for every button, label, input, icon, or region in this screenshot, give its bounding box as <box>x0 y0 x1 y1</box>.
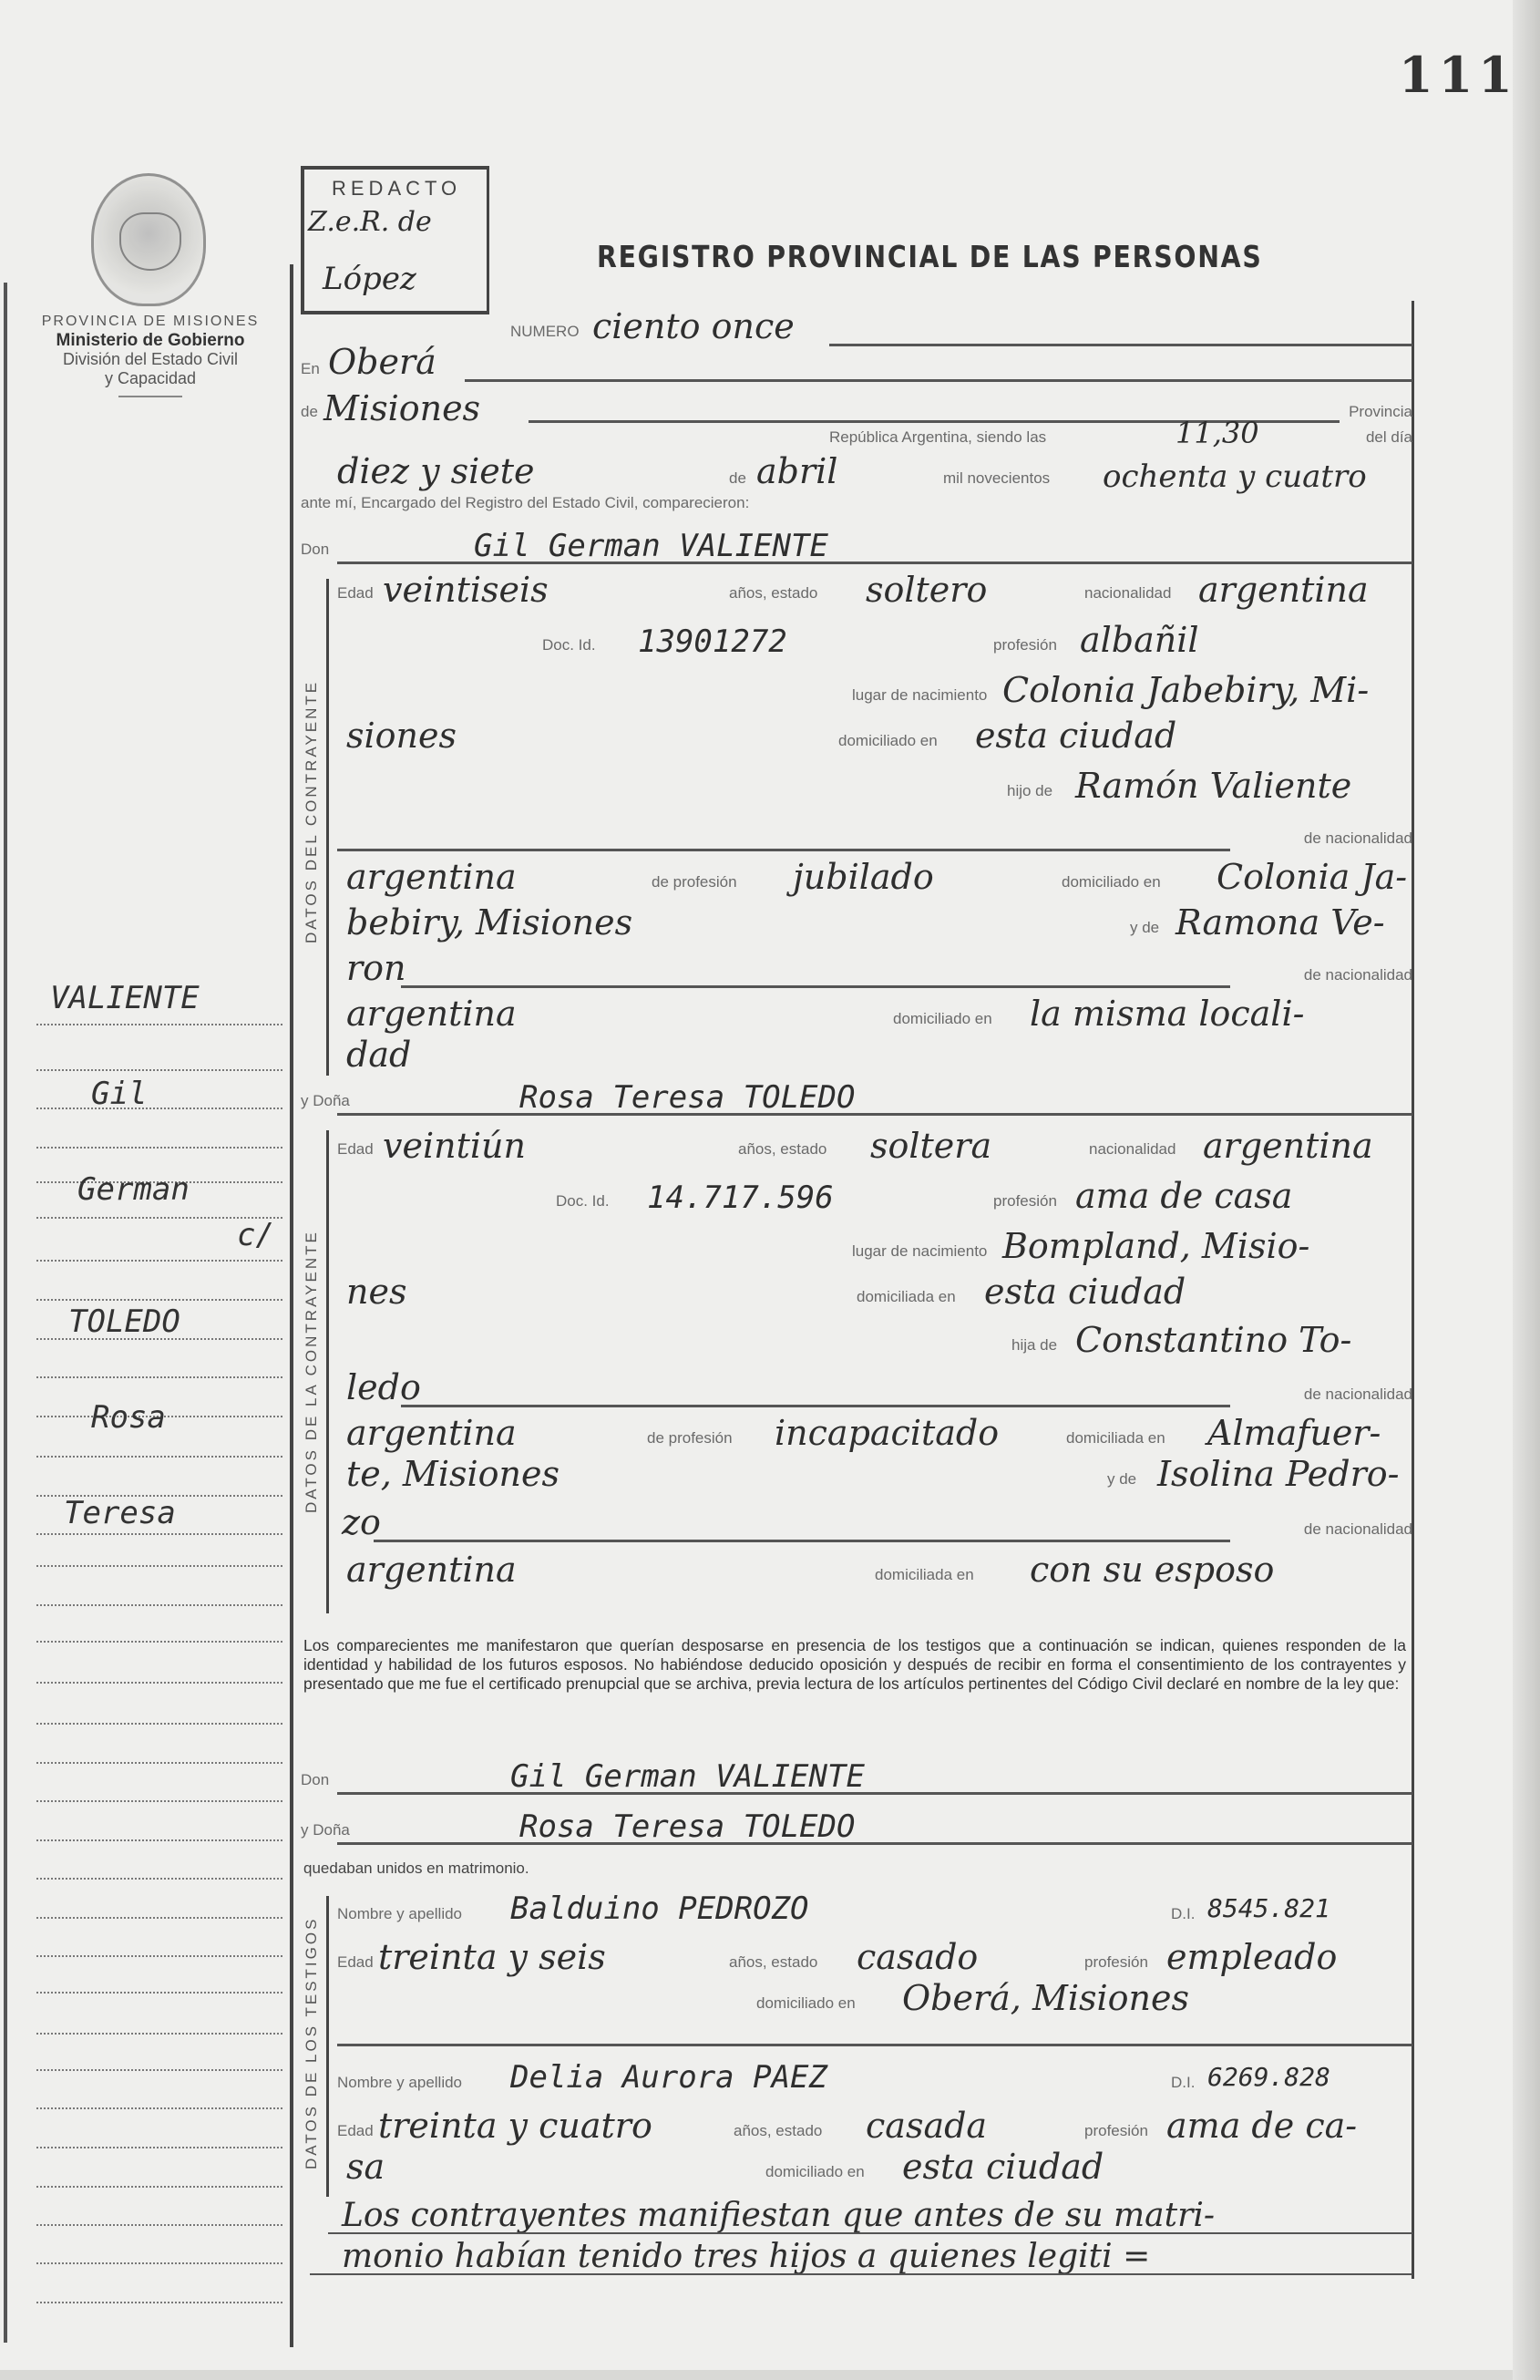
bride-father-prof: incapacitado <box>775 1413 999 1453</box>
witness2-profesion: ama de ca- <box>1166 2106 1357 2146</box>
domicilio-label: domiciliado en <box>838 732 938 750</box>
closing-text: quedaban unidos en matrimonio. <box>303 1860 529 1878</box>
witness2-domicilio: esta ciudad <box>902 2147 1104 2187</box>
province-label: PROVINCIA DE MISIONES <box>14 312 287 331</box>
witness1-domicilio: Oberá, Misiones <box>902 1978 1189 2018</box>
witness2-estado: casada <box>866 2106 987 2146</box>
nacionalidad-label: nacionalidad <box>1089 1140 1176 1159</box>
del-dia-label: del día <box>1366 428 1412 447</box>
de-nacionalidad-label: de nacionalidad <box>1304 829 1412 848</box>
act-number: ciento once <box>592 306 795 346</box>
witness2-profesion-cont: sa <box>346 2147 385 2187</box>
anos-label: años, estado <box>729 584 817 603</box>
bride-father: Constantino To- <box>1075 1320 1351 1360</box>
di-label: D.I. <box>1171 2074 1195 2092</box>
anos-label: años, estado <box>738 1140 826 1159</box>
don-label: Don <box>301 1771 329 1789</box>
margin-border <box>4 283 7 2343</box>
de-nacionalidad-label-2: de nacionalidad <box>1304 966 1412 984</box>
dona-label: y Doña <box>301 1092 350 1110</box>
groom-name: Gil German VALIENTE <box>474 528 828 564</box>
de-nacionalidad-label-2: de nacionalidad <box>1304 1520 1412 1539</box>
y-de-label: y de <box>1130 919 1159 937</box>
groom-doc: 13901272 <box>638 623 787 660</box>
bride-birthplace-cont: nes <box>346 1272 406 1312</box>
doc-label: Doc. Id. <box>542 636 596 654</box>
bride-age: veintiún <box>383 1126 526 1166</box>
domicilio-label: domiciliada en <box>857 1288 956 1306</box>
nombre-label: Nombre y apellido <box>337 1905 462 1923</box>
groom-mother-dom: la misma locali- <box>1030 994 1304 1034</box>
groom-father-dom-cont: bebiry, Misiones <box>346 902 632 943</box>
margin-note: German <box>77 1171 190 1208</box>
redacto-name: López <box>323 261 416 297</box>
redacto-initials: Z.e.R. de <box>308 206 432 238</box>
groom-estado: soltero <box>866 570 987 610</box>
groom-birthplace-cont: siones <box>346 716 457 756</box>
coat-of-arms-icon <box>91 173 206 306</box>
lugar-label: lugar de nacimiento <box>852 1242 987 1261</box>
bride-profesion: ama de casa <box>1075 1176 1292 1216</box>
mother-domicilio-label: domiciliado en <box>893 1010 992 1028</box>
annotation-line-1: Los contrayentes manifiestan que antes d… <box>342 2197 1215 2234</box>
bride-father-dom-cont: te, Misiones <box>346 1454 560 1494</box>
division-label: División del Estado Civil <box>14 350 287 369</box>
profesion-label: profesión <box>993 636 1057 654</box>
ante-label: ante mí, Encargado del Registro del Esta… <box>301 494 749 512</box>
de-profesion-label: de profesión <box>647 1429 733 1448</box>
bride-name: Rosa Teresa TOLEDO <box>519 1079 855 1116</box>
bride-nacionalidad: argentina <box>1203 1126 1373 1166</box>
father-domicilio-label: domiciliado en <box>1062 873 1161 891</box>
republica-label: República Argentina, siendo las <box>829 428 1046 447</box>
hija-label: hija de <box>1011 1336 1057 1355</box>
margin-divider <box>290 264 293 2347</box>
witness2-di: 6269.828 <box>1207 2062 1330 2092</box>
bride-mother-nac: argentina <box>346 1550 517 1590</box>
father-domicilio-label: domiciliada en <box>1066 1429 1165 1448</box>
bride-estado: soltera <box>870 1126 991 1166</box>
groom-profesion: albañil <box>1080 620 1199 660</box>
edad-label: Edad <box>337 2122 374 2140</box>
city: Oberá <box>328 342 436 382</box>
numero-label: NUMERO <box>510 323 580 341</box>
witness1-age: treinta y seis <box>378 1937 606 1977</box>
nacionalidad-label: nacionalidad <box>1084 584 1171 603</box>
profesion-label: profesión <box>1084 1953 1148 1972</box>
doc-label: Doc. Id. <box>556 1192 610 1211</box>
document-title: REGISTRO PROVINCIAL DE LAS PERSONAS <box>597 239 1263 274</box>
margin-note: Gil <box>91 1076 147 1112</box>
declared-groom: Gil German VALIENTE <box>510 1758 865 1795</box>
bride-mother-dom: con su esposo <box>1030 1550 1274 1590</box>
margin-note: Rosa <box>91 1399 166 1436</box>
don-label: Don <box>301 541 329 559</box>
domicilio-label: domiciliado en <box>756 1994 856 2013</box>
groom-mother-cont: ron <box>346 948 406 988</box>
edad-label: Edad <box>337 1140 374 1159</box>
bride-father-cont: ledo <box>346 1367 421 1407</box>
page-edge <box>1513 0 1540 2380</box>
redacto-stamp: REDACTO Z.e.R. de López <box>301 166 489 314</box>
groom-father-nac: argentina <box>346 857 517 897</box>
witness1-estado: casado <box>857 1937 978 1977</box>
annotation-line-2: monio habían tenido tres hijos a quienes… <box>342 2238 1150 2275</box>
profesion-label: profesión <box>1084 2122 1148 2140</box>
groom-father-prof: jubilado <box>793 857 934 897</box>
issuing-authority: PROVINCIA DE MISIONES Ministerio de Gobi… <box>14 312 287 397</box>
groom-age: veintiseis <box>383 570 549 610</box>
di-label: D.I. <box>1171 1905 1195 1923</box>
certificate-page: 111 PROVINCIA DE MISIONES Ministerio de … <box>0 0 1513 2370</box>
division-label-2: y Capacidad <box>14 369 287 388</box>
mother-domicilio-label: domiciliada en <box>875 1566 974 1584</box>
groom-domicilio: esta ciudad <box>975 716 1176 756</box>
margin-note: TOLEDO <box>68 1303 180 1340</box>
anos-label: años, estado <box>734 2122 822 2140</box>
bride-mother-cont: zo <box>342 1502 381 1542</box>
y-de-label: y de <box>1107 1470 1136 1489</box>
witness1-name: Balduino PEDROZO <box>510 1891 809 1927</box>
bride-father-dom: Almafuer- <box>1207 1413 1381 1453</box>
groom-father: Ramón Valiente <box>1075 766 1351 806</box>
de-nacionalidad-label: de nacionalidad <box>1304 1386 1412 1404</box>
en-label: En <box>301 360 320 378</box>
anos-label: años, estado <box>729 1953 817 1972</box>
redacto-label: REDACTO <box>332 177 461 201</box>
bride-mother: Isolina Pedro- <box>1157 1454 1399 1494</box>
edad-label: Edad <box>337 1953 374 1972</box>
bride-domicilio: esta ciudad <box>984 1272 1186 1312</box>
margin-note: Teresa <box>64 1495 176 1531</box>
witness1-profesion: empleado <box>1166 1937 1337 1977</box>
bride-birthplace: Bompland, Misio- <box>1002 1226 1309 1266</box>
witness1-di: 8545.821 <box>1207 1893 1330 1923</box>
edad-label: Edad <box>337 584 374 603</box>
margin-note: VALIENTE <box>50 980 200 1016</box>
bride-father-nac: argentina <box>346 1413 517 1453</box>
groom-mother-dom-cont: dad <box>346 1035 411 1075</box>
dona-label: y Doña <box>301 1821 350 1839</box>
declared-bride: Rosa Teresa TOLEDO <box>519 1808 855 1845</box>
witness2-name: Delia Aurora PAEZ <box>510 2059 827 2096</box>
margin-note: c/ <box>237 1217 274 1253</box>
groom-mother-nac: argentina <box>346 994 517 1034</box>
lugar-label: lugar de nacimiento <box>852 686 987 705</box>
groom-mother: Ramona Ve- <box>1176 902 1385 943</box>
witness2-age: treinta y cuatro <box>378 2106 652 2146</box>
hour: 11,30 <box>1176 416 1259 450</box>
groom-nacionalidad: argentina <box>1198 570 1369 610</box>
ministry-label: Ministerio de Gobierno <box>14 331 287 350</box>
de-profesion-label: de profesión <box>652 873 737 891</box>
page-number: 111 <box>1399 46 1518 104</box>
groom-birthplace: Colonia Jabebiry, Mi- <box>1002 670 1369 710</box>
profesion-label: profesión <box>993 1192 1057 1211</box>
nombre-label: Nombre y apellido <box>337 2074 462 2092</box>
hijo-label: hijo de <box>1007 782 1052 800</box>
declaration-text: Los comparecientes me manifestaron que q… <box>303 1636 1406 1694</box>
groom-father-dom: Colonia Ja- <box>1217 857 1407 897</box>
domicilio-label: domiciliado en <box>765 2163 865 2181</box>
bride-doc: 14.717.596 <box>647 1180 834 1216</box>
